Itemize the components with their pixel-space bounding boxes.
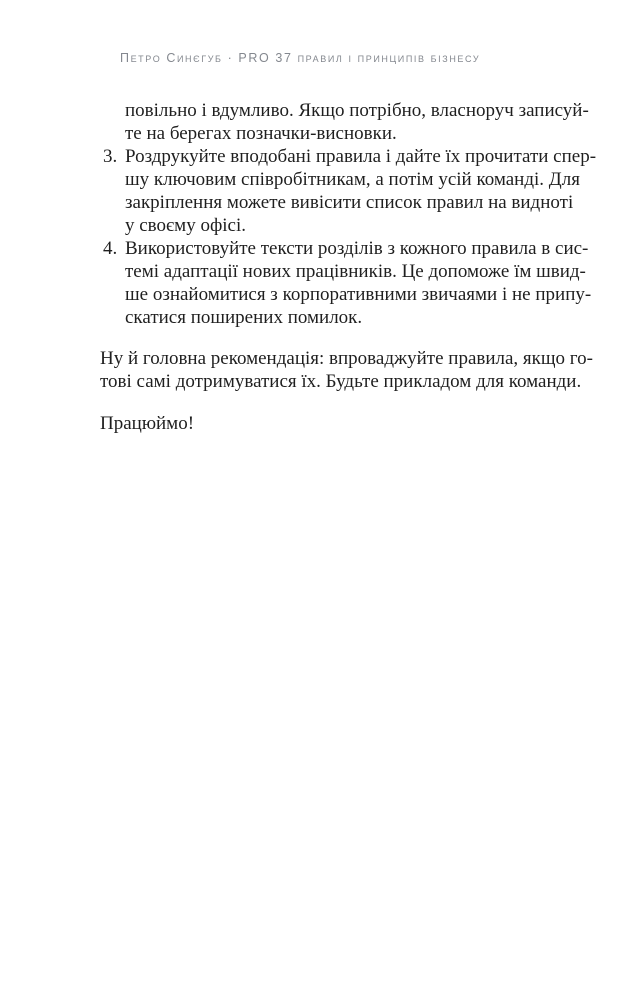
list-number: 4. bbox=[103, 237, 117, 260]
list-item-3: 3. Роздрукуйте вподобані правила і дайте… bbox=[100, 145, 548, 237]
book-page: Петро Синєгуб · PRO 37 правил і принципі… bbox=[0, 0, 639, 1000]
list-item-4: 4. Використовуйте тексти розділів з кожн… bbox=[100, 237, 548, 329]
paragraph-item2-continuation: повільно і вдумливо. Якщо потрібно, влас… bbox=[100, 99, 548, 145]
closing-paragraph: Ну й головна рекомендація: впроваджуйте … bbox=[100, 347, 548, 393]
list-item-text: Роздрукуйте вподобані правила і дайте їх… bbox=[125, 145, 548, 237]
list-number: 3. bbox=[103, 145, 117, 168]
running-head: Петро Синєгуб · PRO 37 правил і принципі… bbox=[120, 51, 480, 65]
list-item-text: Використовуйте тексти розділів з кожного… bbox=[125, 237, 548, 329]
signoff: Працюймо! bbox=[100, 412, 548, 435]
page-body: повільно і вдумливо. Якщо потрібно, влас… bbox=[100, 99, 548, 435]
